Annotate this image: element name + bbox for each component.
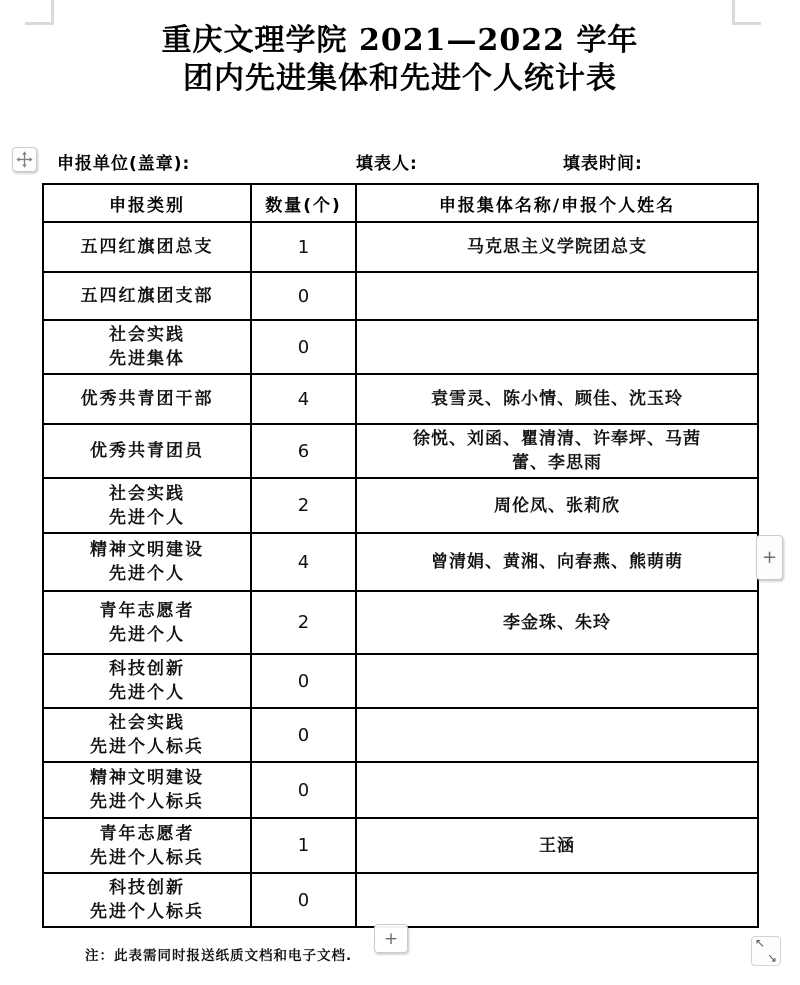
resize-arrow-nw-icon: ↖ xyxy=(755,937,765,949)
table-resize-handle[interactable]: ↖ ↘ xyxy=(751,936,781,966)
plus-icon: + xyxy=(762,547,777,568)
cell-category: 社会实践 先进集体 xyxy=(43,320,251,374)
label-reporting-unit: 申报单位(盖章): xyxy=(57,149,190,174)
table-row: 科技创新 先进个人标兵 0 xyxy=(43,873,758,927)
cell-names xyxy=(356,708,758,762)
table-row: 青年志愿者 先进个人 2 李金珠、朱玲 xyxy=(43,591,758,654)
cell-category: 青年志愿者 先进个人标兵 xyxy=(43,818,251,873)
four-way-arrow-icon xyxy=(16,151,33,168)
cell-category: 社会实践 先进个人 xyxy=(43,478,251,533)
cell-category: 优秀共青团干部 xyxy=(43,374,251,424)
cell-count: 0 xyxy=(251,708,356,762)
table-row: 青年志愿者 先进个人标兵 1 王涵 xyxy=(43,818,758,873)
footnote: 注：此表需同时报送纸质文档和电子文档. xyxy=(85,944,352,964)
table-row: 精神文明建设 先进个人 4 曾清娟、黄湘、向春燕、熊萌萌 xyxy=(43,533,758,591)
cell-names: 周伦凤、张莉欣 xyxy=(356,478,758,533)
cell-count: 6 xyxy=(251,424,356,478)
cell-category: 优秀共青团员 xyxy=(43,424,251,478)
table-row: 社会实践 先进集体 0 xyxy=(43,320,758,374)
table-header-row: 申报类别 数量(个) 申报集体名称/申报个人姓名 xyxy=(43,184,758,222)
plus-icon: + xyxy=(384,929,398,949)
document-title-line1: 重庆文理学院 2021—2022 学年 xyxy=(0,22,800,60)
cell-names: 曾清娟、黄湘、向春燕、熊萌萌 xyxy=(356,533,758,591)
cell-count: 1 xyxy=(251,818,356,873)
cell-count: 4 xyxy=(251,374,356,424)
table-row: 精神文明建设 先进个人标兵 0 xyxy=(43,762,758,818)
cell-category: 青年志愿者 先进个人 xyxy=(43,591,251,654)
cell-count: 0 xyxy=(251,654,356,708)
document-title: 重庆文理学院 2021—2022 学年 团内先进集体和先进个人统计表 xyxy=(0,22,800,98)
cell-count: 0 xyxy=(251,320,356,374)
page-corner-mark-top-right xyxy=(732,0,735,24)
cell-names xyxy=(356,272,758,320)
table-row: 优秀共青团员 6 徐悦、刘函、瞿清清、许奉坪、马茜 蕾、李思雨 xyxy=(43,424,758,478)
table-move-handle[interactable] xyxy=(12,147,37,172)
table-row: 社会实践 先进个人 2 周伦凤、张莉欣 xyxy=(43,478,758,533)
cell-category: 精神文明建设 先进个人标兵 xyxy=(43,762,251,818)
cell-category: 五四红旗团支部 xyxy=(43,272,251,320)
cell-names: 李金珠、朱玲 xyxy=(356,591,758,654)
resize-arrow-se-icon: ↘ xyxy=(767,952,777,964)
header-names: 申报集体名称/申报个人姓名 xyxy=(356,184,758,222)
cell-category: 科技创新 先进个人 xyxy=(43,654,251,708)
insert-column-button[interactable]: + xyxy=(756,535,783,580)
document-title-line2: 团内先进集体和先进个人统计表 xyxy=(0,60,800,98)
cell-names xyxy=(356,320,758,374)
cell-names: 马克思主义学院团总支 xyxy=(356,222,758,272)
cell-count: 0 xyxy=(251,272,356,320)
cell-names: 袁雪灵、陈小情、顾佳、沈玉玲 xyxy=(356,374,758,424)
cell-category: 五四红旗团总支 xyxy=(43,222,251,272)
cell-count: 2 xyxy=(251,591,356,654)
insert-row-button[interactable]: + xyxy=(374,924,408,953)
cell-names: 王涵 xyxy=(356,818,758,873)
table-row: 五四红旗团支部 0 xyxy=(43,272,758,320)
cell-category: 社会实践 先进个人标兵 xyxy=(43,708,251,762)
cell-category: 精神文明建设 先进个人 xyxy=(43,533,251,591)
cell-count: 4 xyxy=(251,533,356,591)
statistics-table: 申报类别 数量(个) 申报集体名称/申报个人姓名 五四红旗团总支 1 马克思主义… xyxy=(42,183,759,928)
table-row: 社会实践 先进个人标兵 0 xyxy=(43,708,758,762)
table-row: 优秀共青团干部 4 袁雪灵、陈小情、顾佳、沈玉玲 xyxy=(43,374,758,424)
label-fill-time: 填表时间: xyxy=(563,149,643,174)
cell-count: 1 xyxy=(251,222,356,272)
cell-names xyxy=(356,654,758,708)
header-category: 申报类别 xyxy=(43,184,251,222)
label-form-filler: 填表人: xyxy=(356,149,418,174)
cell-names: 徐悦、刘函、瞿清清、许奉坪、马茜 蕾、李思雨 xyxy=(356,424,758,478)
cell-names xyxy=(356,762,758,818)
table-row: 五四红旗团总支 1 马克思主义学院团总支 xyxy=(43,222,758,272)
cell-count: 0 xyxy=(251,762,356,818)
table-row: 科技创新 先进个人 0 xyxy=(43,654,758,708)
cell-count: 0 xyxy=(251,873,356,927)
cell-count: 2 xyxy=(251,478,356,533)
header-count: 数量(个) xyxy=(251,184,356,222)
cell-names xyxy=(356,873,758,927)
cell-category: 科技创新 先进个人标兵 xyxy=(43,873,251,927)
page-corner-mark-top-left xyxy=(51,0,54,24)
